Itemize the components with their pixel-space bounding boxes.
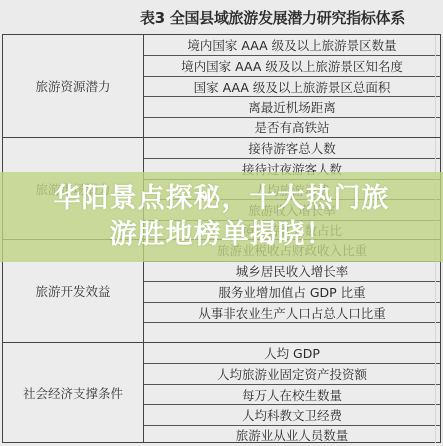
table-row: 离最近机场距离 (144, 96, 440, 116)
headline-banner: 华阳景点探秘，十大热门旅 游胜地榜单揭晓！ (0, 172, 443, 262)
table-row: 服务业增加值占 GDP 比重 (144, 281, 440, 301)
table-row: 境内国家 AAA 级及以上旅游景区知名度 (144, 55, 440, 75)
cell-edge (435, 343, 436, 443)
table-row: 境内国家 AAA 级及以上旅游景区数量 (144, 35, 440, 55)
headline-line-1: 华阳景点探秘，十大热门旅 (54, 181, 390, 217)
table-row (144, 322, 440, 342)
table-row: 人均 GDP (144, 343, 440, 363)
table-row: 城乡居民收入增长率 (144, 261, 440, 281)
table-title: 表3 全国县域旅游发展潜力研究指标体系 (140, 7, 440, 29)
table-row: 旅游业从业人员数量 (144, 425, 440, 445)
group-rows: 人均 GDP 人均旅游业固定资产投资额 每万人在校生数量 人均科教文卫经费 旅游… (144, 343, 440, 443)
table-row: 人均科教文卫经费 (144, 404, 440, 424)
table-row: 接待游客总人数 (144, 138, 440, 158)
table-row: 人均旅游业固定资产投资额 (144, 363, 440, 383)
table-row: 从事非农业生产人口占总人口比重 (144, 302, 440, 322)
headline-line-2: 游胜地榜单揭晓！ (110, 217, 334, 253)
table-group-socioeconomic: 社会经济支撑条件 人均 GDP 人均旅游业固定资产投资额 每万人在校生数量 人均… (3, 342, 440, 443)
group-label: 旅游资源潜力 (3, 35, 144, 137)
group-rows: 境内国家 AAA 级及以上旅游景区数量 境内国家 AAA 级及以上旅游景区知名度… (144, 35, 440, 137)
cell-edge (435, 35, 436, 137)
group-label: 社会经济支撑条件 (3, 343, 144, 443)
table-row: 每万人在校生数量 (144, 384, 440, 404)
table-row: 国家 AAA 级及以上旅游景区总面积 (144, 76, 440, 96)
table-row: 是否有高铁站 (144, 117, 440, 137)
table-group-resource: 旅游资源潜力 境内国家 AAA 级及以上旅游景区数量 境内国家 AAA 级及以上… (3, 35, 440, 137)
